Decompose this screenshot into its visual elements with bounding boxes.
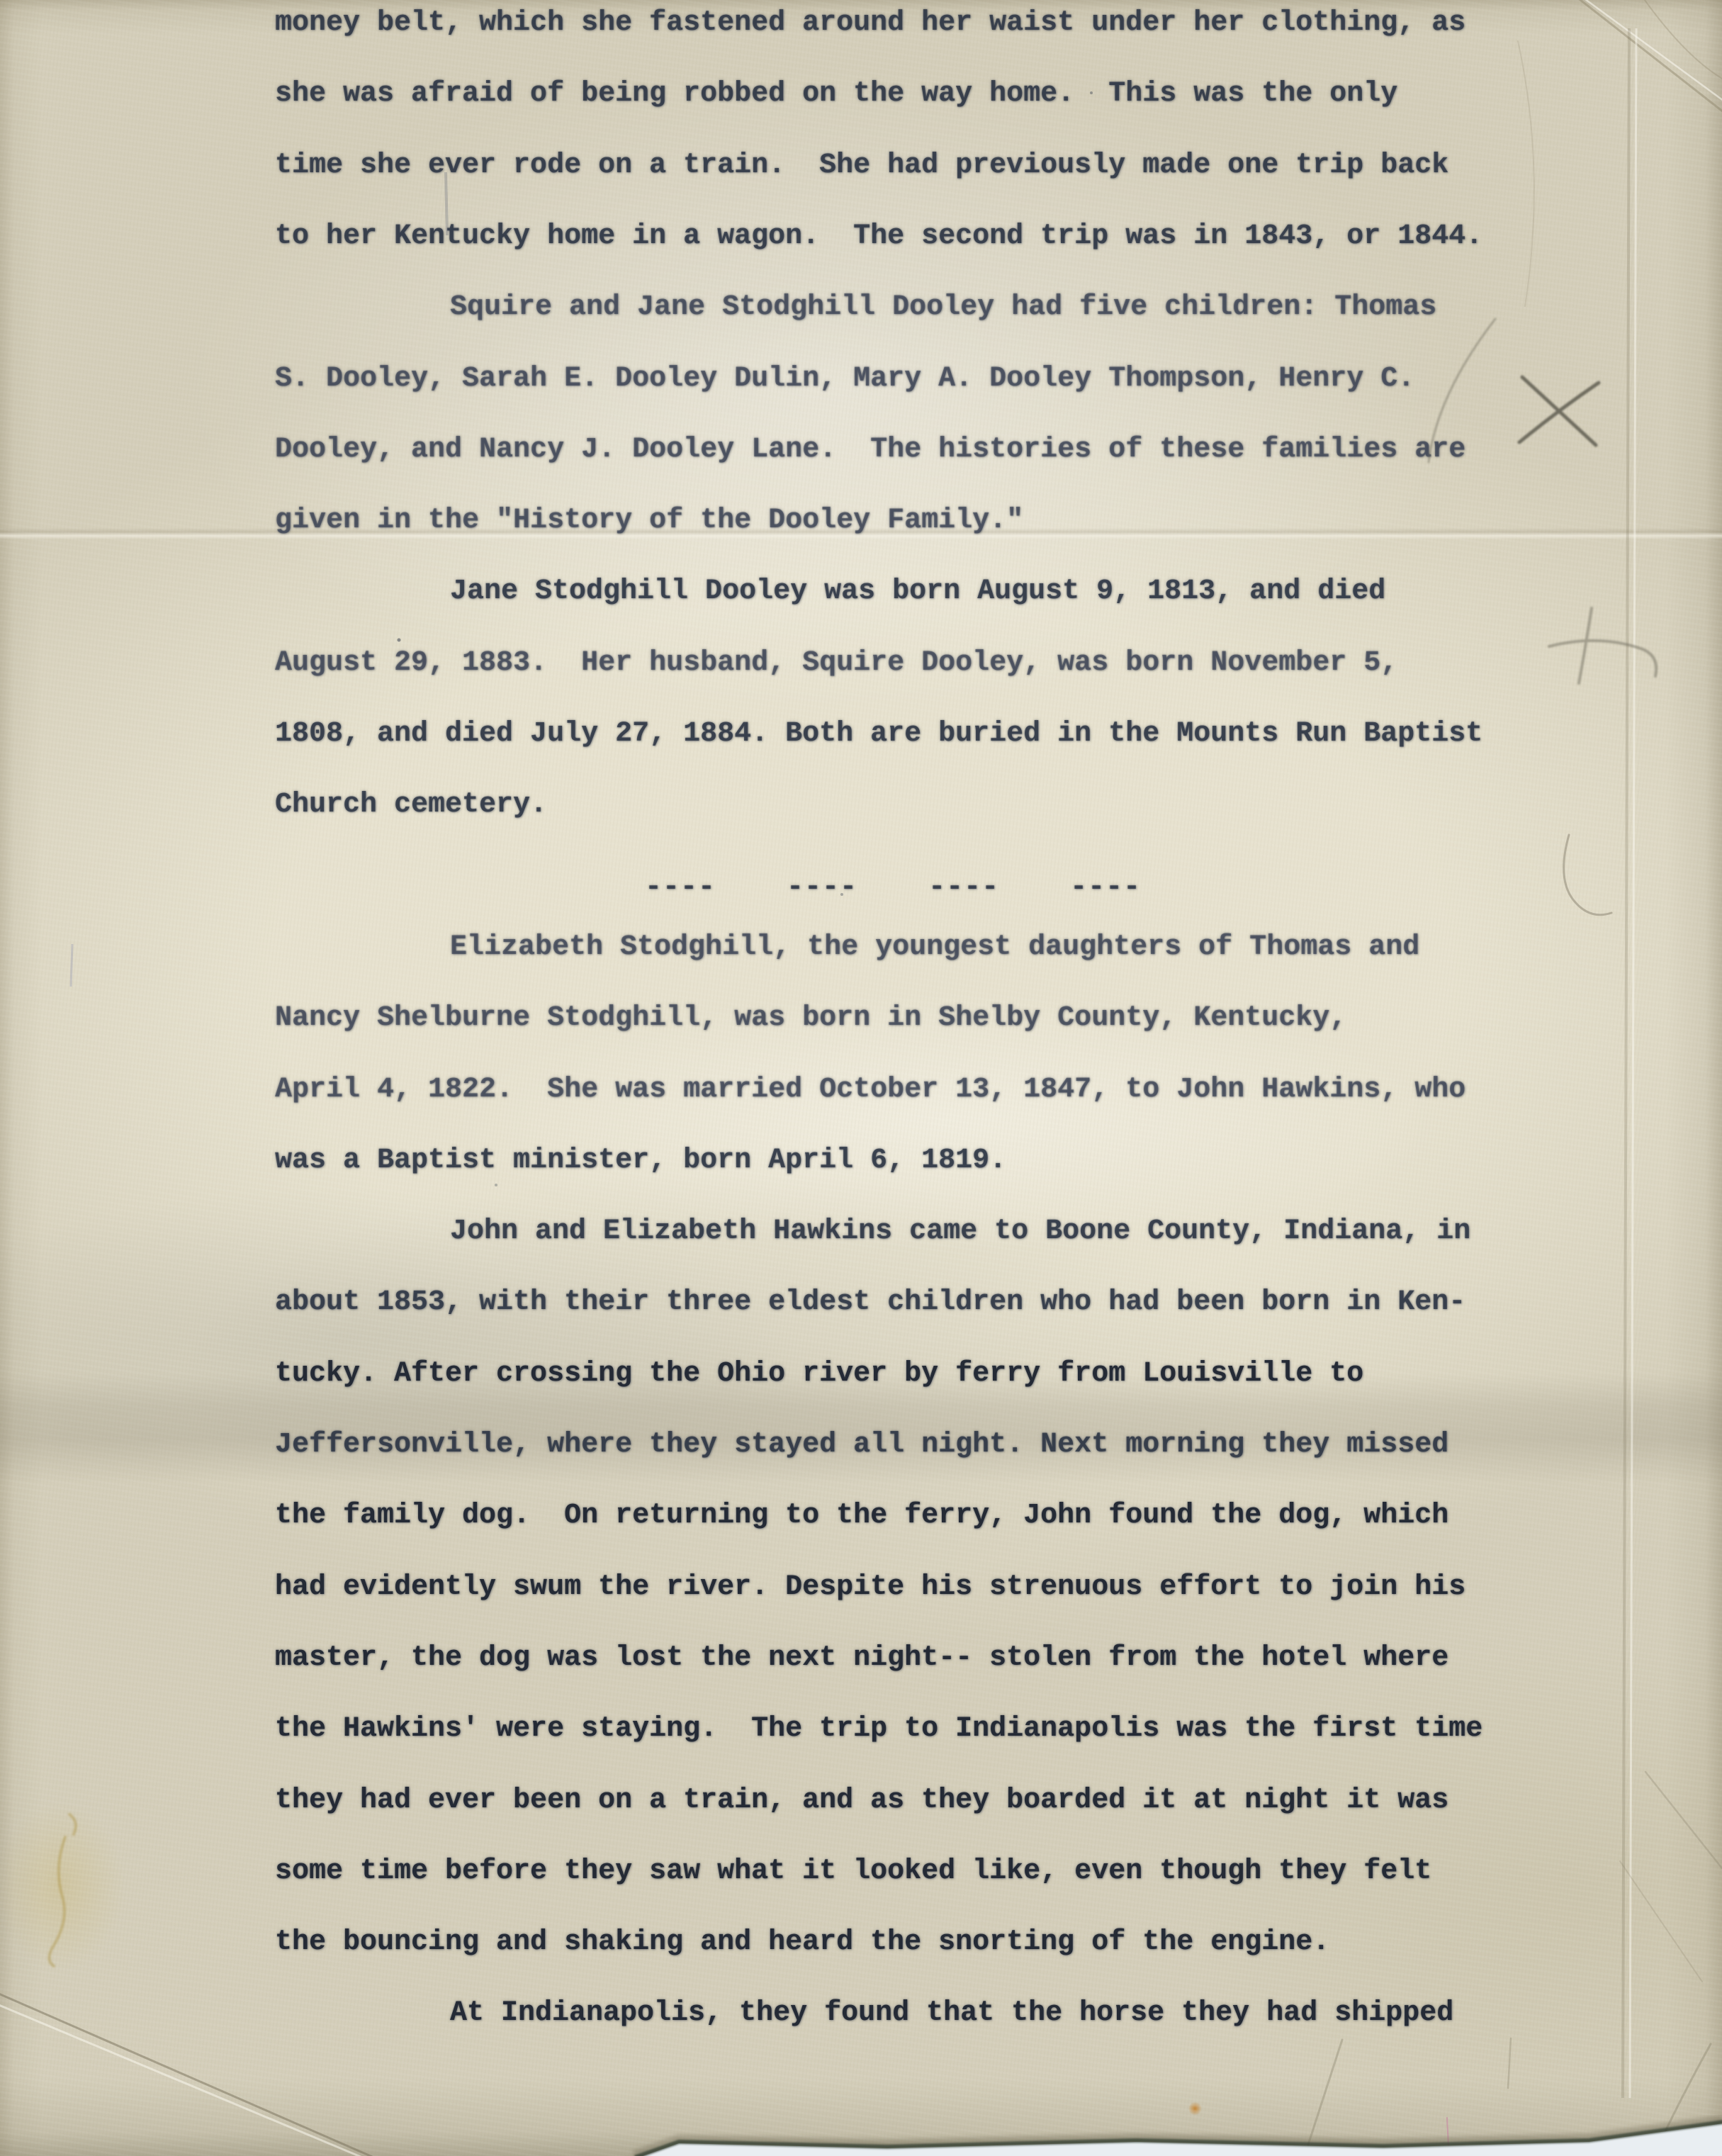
right-edge-fold-line xyxy=(1623,28,1636,2098)
paper-specks xyxy=(398,91,1093,1186)
stray-pencil-arc xyxy=(1429,319,1495,462)
paper-marks-overlay xyxy=(0,0,1722,2156)
x-mark-lower xyxy=(1549,608,1656,683)
x-mark-upper xyxy=(1519,377,1599,445)
scanned-document: money belt, which she fastened around he… xyxy=(0,0,1722,2156)
right-hook-mark xyxy=(1564,835,1611,915)
ink-smudge xyxy=(71,172,447,987)
top-right-crease-lines xyxy=(1518,0,1722,306)
margin-stain-squiggle xyxy=(49,1814,75,1966)
bottom-edge-seam xyxy=(635,2122,1722,2156)
bottom-right-wrinkle-lines xyxy=(1308,1772,1722,2146)
bottom-left-fold-line xyxy=(0,1993,377,2156)
